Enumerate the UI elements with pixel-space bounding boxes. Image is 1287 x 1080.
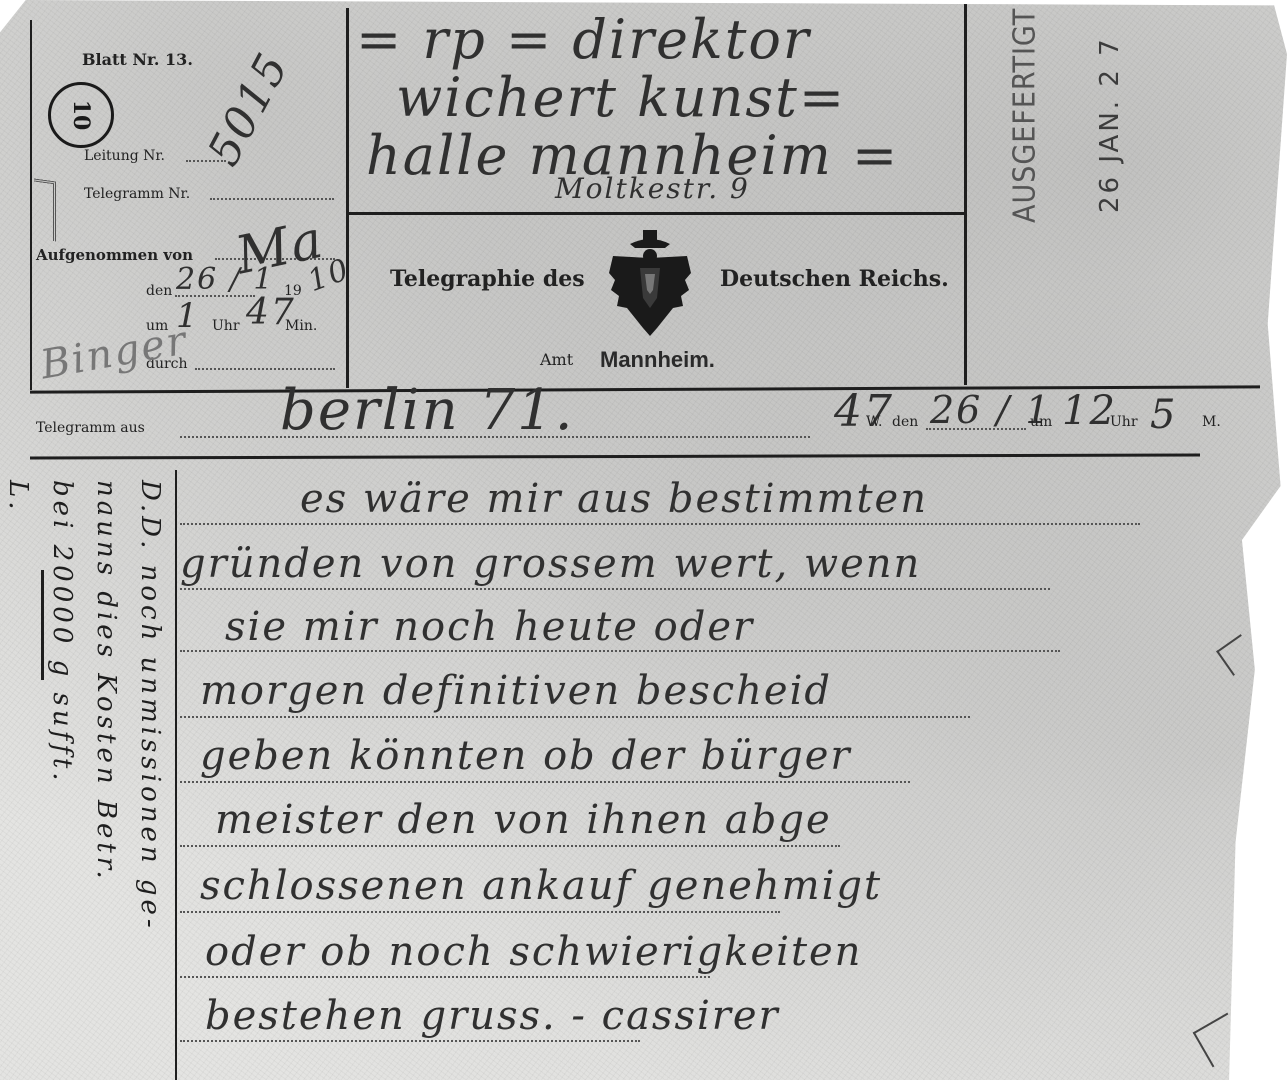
origin-min-label: M.	[1202, 414, 1221, 430]
fold-mark	[1216, 634, 1258, 676]
message-line: bestehen gruss. - cassirer	[205, 993, 780, 1039]
origin-uhr-label: Uhr	[1110, 414, 1138, 430]
message-ruled-line	[180, 781, 910, 783]
margin-note-line: L.	[0, 480, 40, 1040]
office-city: Mannheim.	[600, 347, 715, 373]
message-ruled-line	[180, 588, 1050, 590]
address-line-1: = rp = direktor	[356, 8, 811, 71]
through-field	[195, 368, 335, 370]
telegram-number-field	[210, 198, 334, 200]
line-number-field	[186, 160, 226, 162]
origin-time-um-label: um	[1030, 414, 1052, 430]
margin-note-line: bei 20000 g sufft.	[40, 480, 84, 1040]
telegram-paper: Blatt Nr. 13. 10 5015 Leitung Nr. Telegr…	[0, 0, 1287, 1080]
message-line: sie mir noch heute oder	[225, 604, 754, 650]
message-line: morgen definitiven bescheid	[200, 668, 832, 714]
margin-note-line: D.D. noch unmissionen ge-	[128, 480, 172, 1040]
circle-stamp: 10	[48, 82, 114, 148]
address-line-4: Moltkestr. 9	[555, 172, 750, 205]
message-ruled-line	[180, 1040, 640, 1042]
telegram-from-label: Telegramm aus	[36, 420, 145, 436]
title-right: Deutschen Reichs.	[720, 266, 949, 292]
frame-divider-stamp	[964, 0, 967, 385]
message-line: gründen von grossem wert, wenn	[180, 541, 921, 587]
date-stamp: 26 JAN. 2 7	[1090, 20, 1130, 230]
message-ruled-line	[180, 845, 840, 847]
frame-divider-address	[346, 8, 349, 388]
title-left: Telegraphie des	[390, 266, 585, 292]
origin-min-value: 5	[1150, 392, 1177, 438]
margin-note: D.D. noch unmissionen ge- nauns dies Kos…	[22, 480, 172, 1040]
margin-note-line: nauns dies Kosten Betr.	[84, 480, 128, 1040]
word-count-label: W.	[866, 414, 882, 430]
address-bottom-rule	[348, 212, 966, 215]
handwritten-reference: 5015	[198, 44, 299, 174]
margin-divider	[175, 470, 177, 1080]
telegram-from-value: berlin 71.	[280, 378, 575, 443]
telegram-number-label: Telegramm Nr.	[84, 186, 190, 202]
through-value: Binger	[37, 317, 191, 388]
address-line-2: wichert kunst=	[396, 66, 846, 129]
office-title: Telegraphie des Deutschen Reichs.	[360, 248, 960, 318]
message-line: oder ob noch schwierigkeiten	[205, 929, 862, 975]
date-label: den	[146, 283, 172, 299]
message-ruled-line	[180, 911, 780, 913]
time-min-label: Min.	[285, 318, 317, 334]
office-label: Amt	[540, 350, 573, 369]
sheet-number: Blatt Nr. 13.	[82, 50, 193, 69]
fold-mark	[1193, 1013, 1248, 1068]
origin-bottom-rule	[30, 453, 1200, 459]
time-uhr-label: Uhr	[212, 318, 240, 334]
message-line: geben könnten ob der bürger	[200, 733, 852, 779]
message-line: meister den von ihnen abge	[215, 797, 832, 843]
message-line: schlossenen ankauf genehmigt	[200, 863, 882, 909]
line-number-label: Leitung Nr.	[84, 148, 165, 164]
message-ruled-line	[180, 976, 710, 978]
imperial-eagle-icon	[605, 228, 695, 338]
ausgefertigt-stamp: AUSGEFERTIGT	[1005, 20, 1045, 210]
message-ruled-line	[180, 523, 1140, 525]
origin-hour-value: 12	[1062, 388, 1117, 434]
frame-left-top	[30, 20, 32, 390]
bracket-stamp	[34, 178, 56, 241]
origin-date-label: den	[892, 414, 918, 430]
word-count-value: 47	[834, 386, 894, 437]
received-from-label: Aufgenommen von	[36, 246, 193, 264]
margin-underline	[41, 570, 44, 680]
message-line: es wäre mir aus bestimmten	[300, 476, 928, 522]
message-ruled-line	[180, 650, 1060, 652]
message-ruled-line	[180, 716, 970, 718]
